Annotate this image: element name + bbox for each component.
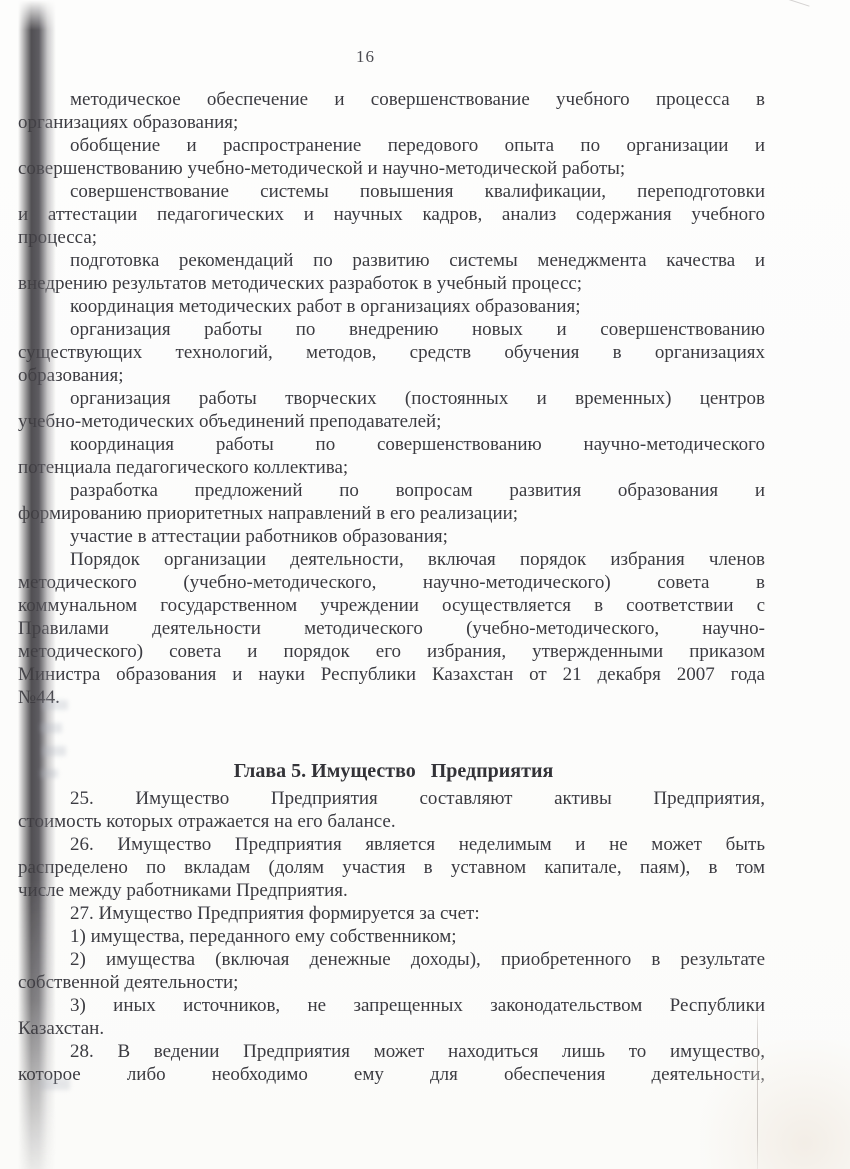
text-line: Правилами деятельности методического (уч… xyxy=(18,617,765,640)
text-line: потенциала педагогического коллектива; xyxy=(18,456,765,479)
text-line: совершенствование системы повышения квал… xyxy=(30,180,765,203)
text-line: которое либо необходимо ему для обеспече… xyxy=(18,1063,765,1086)
text-line: Казахстан. xyxy=(18,1017,765,1040)
text-line: числе между работниками Предприятия. xyxy=(18,879,765,902)
text-line: координация методических работ в организ… xyxy=(30,295,765,318)
text-line: 28. В ведении Предприятия может находить… xyxy=(30,1040,765,1063)
text-line: обобщение и распространение передового о… xyxy=(30,134,765,157)
text-line: методического (учебно-методического, нау… xyxy=(18,571,765,594)
text-line: формированию приоритетных направлений в … xyxy=(18,502,765,525)
scan-bleed-artifact xyxy=(40,769,58,778)
book-spine-scan-shadow xyxy=(18,0,56,1169)
text-line: методического) совета и порядок его избр… xyxy=(18,640,765,663)
text-line: коммунальном государственном учреждении … xyxy=(18,594,765,617)
text-line: внедрению результатов методических разра… xyxy=(18,272,765,295)
text-line: организация работы творческих (постоянны… xyxy=(30,387,765,410)
text-line: процесса; xyxy=(18,226,765,249)
text-line: Порядок организации деятельности, включа… xyxy=(30,548,765,571)
text-line: организация работы по внедрению новых и … xyxy=(30,318,765,341)
text-line: образования; xyxy=(18,364,765,387)
body-text-section-methodical-work: методическое обеспечение и совершенствов… xyxy=(30,88,765,709)
scan-bleed-artifact xyxy=(42,746,66,756)
scan-bleed-artifact xyxy=(40,723,62,733)
text-line: 2) имущества (включая денежные доходы), … xyxy=(30,948,765,971)
body-text-section-property: 25. Имущество Предприятия составляют акт… xyxy=(30,787,765,1086)
document-page: 16 методическое обеспечение и совершенст… xyxy=(0,0,850,1169)
text-line: разработка предложений по вопросам разви… xyxy=(30,479,765,502)
scan-bleed-artifact xyxy=(40,1078,70,1090)
text-line: существующих технологий, методов, средст… xyxy=(18,341,765,364)
text-line: подготовка рекомендаций по развитию сист… xyxy=(30,249,765,272)
text-line: участие в аттестации работников образова… xyxy=(30,525,765,548)
text-line: методическое обеспечение и совершенствов… xyxy=(30,88,765,111)
text-line: и аттестации педагогических и научных ка… xyxy=(18,203,765,226)
text-line: 27. Имущество Предприятия формируется за… xyxy=(30,902,765,925)
text-line: №44. xyxy=(18,686,765,709)
text-line: 25. Имущество Предприятия составляют акт… xyxy=(30,787,765,810)
text-line: 1) имущества, переданного ему собственни… xyxy=(30,925,765,948)
text-line: распределено по вкладам (долям участия в… xyxy=(18,856,765,879)
page-number: 16 xyxy=(30,47,765,67)
text-line: совершенствованию учебно-методической и … xyxy=(18,157,765,180)
text-line: 3) иных источников, не запрещенных закон… xyxy=(30,994,765,1017)
text-line: учебно-методических объединений преподав… xyxy=(18,410,765,433)
text-line: координация работы по совершенствованию … xyxy=(30,433,765,456)
scan-scratch-artifact xyxy=(786,0,809,7)
page-curl-shading xyxy=(700,1040,850,1169)
text-line: Министра образования и науки Республики … xyxy=(18,663,765,686)
scan-bleed-artifact xyxy=(42,700,68,710)
text-line: организациях образования; xyxy=(18,111,765,134)
text-line: 26. Имущество Предприятия является недел… xyxy=(30,833,765,856)
text-line: собственной деятельности; xyxy=(18,971,765,994)
paper-fold-line xyxy=(757,1002,758,1169)
text-line: стоимость которых отражается на его бала… xyxy=(18,810,765,833)
